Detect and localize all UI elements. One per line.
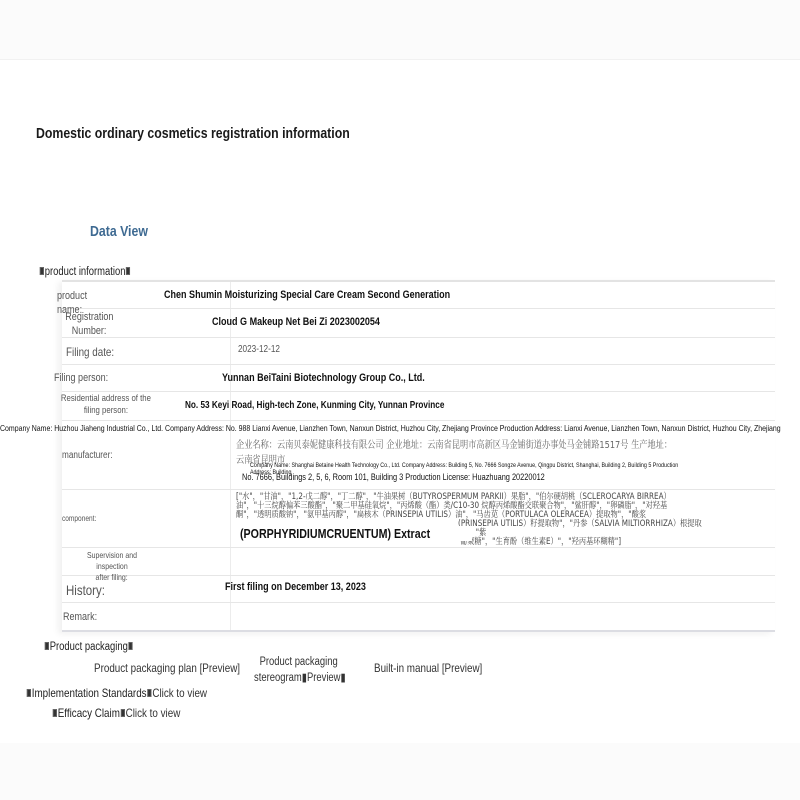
bracket-open-icon	[45, 642, 49, 650]
value-filing-person-address: No. 53 Keyi Road, High-tech Zone, Kunmin…	[185, 400, 501, 411]
efficacy-claim-label: Efficacy Claim	[58, 706, 120, 720]
row-component: component: ["水"，"甘油"，"1,2-戊二醇"，"丁二醇"，"牛油…	[62, 490, 775, 548]
label-filing-person: Filing person:	[54, 371, 120, 385]
value-manufacturer-license: No. 7666, Buildings 2, 5, 6, Room 101, B…	[242, 472, 611, 482]
row-supervision: Supervision and inspection after filing:	[62, 548, 775, 576]
row-registration-number: Registration Number: Cloud G Makeup Net …	[62, 309, 775, 338]
bracket-open-icon	[53, 709, 57, 717]
bracket-open-icon	[40, 267, 44, 275]
row-product-name: product name: Chen Shumin Moisturizing S…	[62, 282, 775, 309]
product-info-table: product name: Chen Shumin Moisturizing S…	[62, 280, 775, 632]
value-component-extract: (PORPHYRIDIUMCRUENTUM) Extract	[240, 526, 472, 541]
implementation-standards-link[interactable]: Click to view	[152, 686, 207, 700]
page-title: Domestic ordinary cosmetics registration…	[36, 125, 419, 142]
row-filing-person: Filing person: Yunnan BeiTaini Biotechno…	[62, 365, 775, 392]
label-component: component:	[62, 514, 104, 524]
bracket-close-icon	[129, 642, 133, 650]
efficacy-claim-link[interactable]: Click to view	[126, 706, 181, 720]
implementation-standards-row: Implementation StandardsClick to view	[26, 686, 247, 700]
bracket-open-icon	[27, 689, 31, 697]
row-filing-person-address: Residential address of the filing person…	[62, 392, 775, 421]
bottom-bar	[0, 743, 800, 800]
value-registration-number: Cloud G Makeup Net Bei Zi 2023002054	[212, 316, 417, 328]
label-filing-date: Filing date:	[66, 345, 125, 361]
implementation-standards-label: Implementation Standards	[32, 686, 147, 700]
packaging-stereogram-preview-link[interactable]: Product packaging stereogram▮Preview▮	[244, 654, 354, 686]
manufacturer-overflow-line: Company Name: Huzhou Jiaheng Industrial …	[0, 423, 800, 433]
bracket-close-icon	[121, 709, 125, 717]
label-remark: Remark:	[63, 610, 105, 624]
value-filing-person: Yunnan BeiTaini Biotechnology Group Co.,…	[222, 372, 469, 384]
top-bar	[0, 0, 800, 60]
bracket-close-icon	[147, 689, 151, 697]
label-manufacturer: manufacturer:	[62, 449, 124, 462]
efficacy-claim-row: Efficacy ClaimClick to view	[52, 706, 208, 720]
label-history: History:	[66, 581, 113, 599]
row-filing-date: Filing date: 2023-12-12	[62, 338, 775, 365]
section-product-information: product information	[39, 266, 151, 278]
row-history: History: First filing on December 13, 20…	[62, 576, 775, 603]
section-product-packaging: Product packaging	[44, 641, 153, 653]
label-registration-number: Registration Number:	[60, 310, 118, 339]
label-filing-person-address: Residential address of the filing person…	[50, 393, 162, 418]
value-history: First filing on December 13, 2023	[225, 581, 397, 593]
data-view-heading: Data View	[90, 223, 161, 240]
value-filing-date: 2023-12-12	[238, 344, 289, 355]
built-in-manual-preview-link[interactable]: Built-in manual [Preview]	[374, 661, 506, 675]
value-product-name: Chen Shumin Moisturizing Special Care Cr…	[164, 289, 513, 301]
bracket-close-icon	[126, 267, 130, 275]
row-remark: Remark:	[62, 603, 775, 628]
